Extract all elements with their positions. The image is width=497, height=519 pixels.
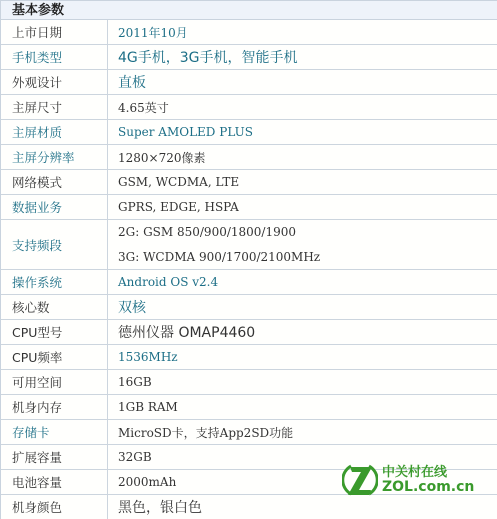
zol-watermark: 中关村在线 ZOL.com.cn (342, 462, 474, 498)
row-label[interactable]: 主屏分辨率 (1, 145, 108, 169)
row-value: 黑色，银白色 (108, 495, 497, 519)
row-value: 1GB RAM (108, 395, 497, 419)
row-value[interactable]: Super AMOLED PLUS (108, 120, 497, 144)
table-row: 支持频段2G: GSM 850/900/1800/19003G: WCDMA 9… (1, 220, 497, 270)
row-label[interactable]: 数据业务 (1, 195, 108, 219)
row-label: 电池容量 (1, 470, 108, 494)
row-value: 1280×720像素 (108, 145, 497, 169)
row-label: 核心数 (1, 295, 108, 319)
table-row: CPU频率1536MHz (1, 345, 497, 370)
row-value: 16GB (108, 370, 497, 394)
table-row: 手机类型4G手机，3G手机，智能手机 (1, 45, 497, 70)
row-label: 机身颜色 (1, 495, 108, 519)
watermark-cn: 中关村在线 (382, 465, 474, 480)
table-row: 可用空间16GB (1, 370, 497, 395)
row-value: 2G: GSM 850/900/1800/19003G: WCDMA 900/1… (108, 220, 497, 269)
table-row: 机身内存1GB RAM (1, 395, 497, 420)
spec-table: 基本参数 上市日期2011年10月 手机类型4G手机，3G手机，智能手机 外观设… (0, 0, 497, 519)
row-value[interactable]: 4G手机，3G手机，智能手机 (108, 45, 497, 69)
row-label: 可用空间 (1, 370, 108, 394)
row-value[interactable]: 直板 (108, 70, 497, 94)
zol-logo-icon (342, 462, 378, 498)
table-row: 核心数双核 (1, 295, 497, 320)
row-value: GPRS, EDGE, HSPA (108, 195, 497, 219)
band-3g: 3G: WCDMA 900/1700/2100MHz (118, 245, 497, 270)
table-row: 操作系统Android OS v2.4 (1, 270, 497, 295)
table-row: 主屏尺寸4.65英寸 (1, 95, 497, 120)
row-label[interactable]: 主屏材质 (1, 120, 108, 144)
row-value[interactable]: Android OS v2.4 (108, 270, 497, 294)
row-label: 机身内存 (1, 395, 108, 419)
table-row: 机身颜色黑色，银白色 (1, 495, 497, 519)
row-value[interactable]: 1536MHz (108, 345, 497, 369)
row-value: 4.65英寸 (108, 95, 497, 119)
row-label: 外观设计 (1, 70, 108, 94)
row-value: 德州仪器 OMAP4460 (108, 320, 497, 344)
table-row: CPU型号德州仪器 OMAP4460 (1, 320, 497, 345)
table-row: 数据业务GPRS, EDGE, HSPA (1, 195, 497, 220)
table-row: 主屏分辨率1280×720像素 (1, 145, 497, 170)
row-value[interactable]: 2011年10月 (108, 20, 497, 44)
section-header: 基本参数 (1, 0, 497, 20)
row-label: CPU型号 (1, 320, 108, 344)
row-label[interactable]: 手机类型 (1, 45, 108, 69)
watermark-en: ZOL.com.cn (382, 480, 474, 495)
row-label: 主屏尺寸 (1, 95, 108, 119)
row-label: 扩展容量 (1, 445, 108, 469)
table-row: 存储卡MicroSD卡，支持App2SD功能 (1, 420, 497, 445)
row-value: GSM, WCDMA, LTE (108, 170, 497, 194)
row-label[interactable]: 支持频段 (1, 220, 108, 269)
table-row: 主屏材质Super AMOLED PLUS (1, 120, 497, 145)
table-row: 上市日期2011年10月 (1, 20, 497, 45)
row-value[interactable]: 双核 (108, 295, 497, 319)
row-label: 网络模式 (1, 170, 108, 194)
row-label[interactable]: 存储卡 (1, 420, 108, 444)
row-value: MicroSD卡，支持App2SD功能 (108, 420, 497, 444)
table-row: 网络模式GSM, WCDMA, LTE (1, 170, 497, 195)
band-2g: 2G: GSM 850/900/1800/1900 (118, 220, 497, 245)
table-row: 外观设计直板 (1, 70, 497, 95)
row-label: CPU频率 (1, 345, 108, 369)
row-label[interactable]: 操作系统 (1, 270, 108, 294)
row-label: 上市日期 (1, 20, 108, 44)
